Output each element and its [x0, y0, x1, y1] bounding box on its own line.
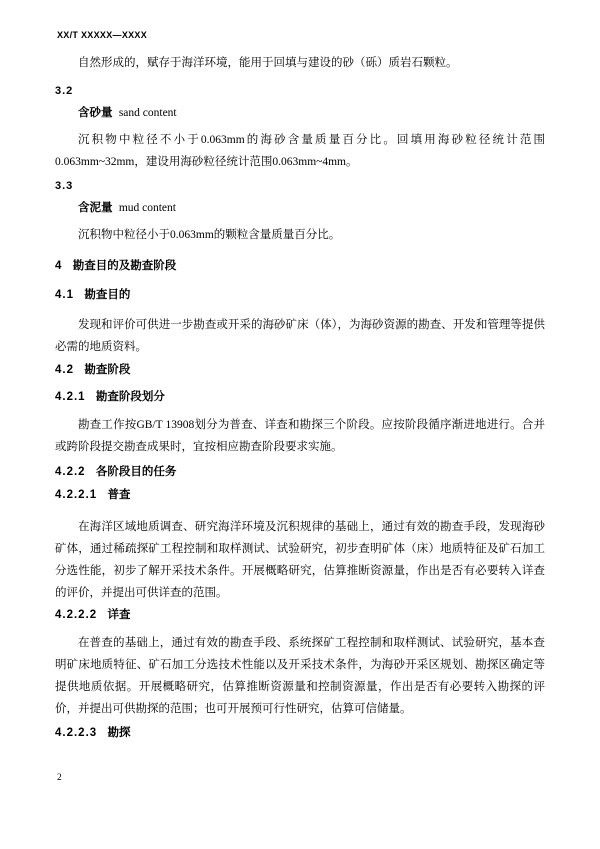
term-entry-number: 3.2 [55, 80, 545, 102]
document-page: XX/T XXXXX—XXXX 自然形成的，赋存于海洋环境，能用于回填与建设的砂… [0, 0, 600, 849]
subsection-heading: 4.2.1勘查阶段划分 [55, 386, 545, 408]
section-number: 4.1 [55, 289, 74, 301]
section-number: 4.2 [55, 364, 74, 376]
subsection-title: 勘探 [108, 727, 131, 739]
subsection-number: 4.2.1 [55, 391, 86, 403]
subsection-heading: 4.2.2.2详查 [55, 604, 545, 626]
term-chinese: 含泥量 [78, 202, 113, 214]
section-title: 勘查阶段 [84, 364, 130, 376]
standard-code-header: XX/T XXXXX—XXXX [57, 30, 147, 40]
term-english: mud content [119, 202, 176, 214]
term-definition-paragraph: 自然形成的，赋存于海洋环境，能用于回填与建设的砂（砾）质岩石颗粒。 [55, 52, 545, 74]
subsection-title: 勘查阶段划分 [96, 391, 165, 403]
document-content: 自然形成的，赋存于海洋环境，能用于回填与建设的砂（砾）质岩石颗粒。 3.2 含砂… [55, 52, 545, 744]
body-paragraph: 在海洋区域地质调查、研究海洋环境及沉积规律的基础上，通过有效的勘查手段，发现海砂… [55, 516, 545, 604]
term-english: sand content [119, 107, 177, 119]
body-paragraph: 发现和评价可供进一步勘查或开采的海砂矿床（体），为海砂资源的勘查、开发和管理等提… [55, 314, 545, 358]
body-paragraph: 勘查工作按GB/T 13908划分为普查、详查和勘探三个阶段。应按阶段循序渐进地… [55, 414, 545, 458]
term-title-line: 含砂量sand content [55, 102, 545, 124]
section-heading: 4.2勘查阶段 [55, 359, 545, 381]
chapter-number: 4 [55, 260, 62, 272]
term-definition-paragraph: 沉积物中粒径小于0.063mm的颗粒含量质量百分比。 [55, 224, 545, 246]
subsection-title: 普查 [108, 489, 131, 501]
term-title-line: 含泥量mud content [55, 197, 545, 219]
section-heading: 4.1勘查目的 [55, 284, 545, 306]
subsection-heading: 4.2.2.1普查 [55, 484, 545, 506]
term-definition-paragraph: 沉积物中粒径不小于0.063mm的海砂含量质量百分比。回填用海砂粒径统计范围0.… [55, 129, 545, 173]
body-paragraph: 在普查的基础上，通过有效的勘查手段、系统探矿工程控制和取样测试、试验研究，基本查… [55, 632, 545, 720]
chapter-heading: 4勘查目的及勘查阶段 [55, 255, 545, 277]
subsection-title: 各阶段目的任务 [96, 466, 177, 478]
subsection-number: 4.2.2.2 [55, 609, 97, 621]
section-title: 勘查目的 [84, 289, 130, 301]
subsection-number: 4.2.2 [55, 466, 86, 478]
chapter-title: 勘查目的及勘查阶段 [73, 260, 177, 272]
subsection-number: 4.2.2.1 [55, 489, 97, 501]
subsection-title: 详查 [108, 609, 131, 621]
page-number: 2 [57, 773, 62, 783]
term-chinese: 含砂量 [78, 107, 113, 119]
subsection-heading: 4.2.2.3勘探 [55, 722, 545, 744]
subsection-heading: 4.2.2各阶段目的任务 [55, 461, 545, 483]
term-entry-number: 3.3 [55, 175, 545, 197]
subsection-number: 4.2.2.3 [55, 727, 97, 739]
